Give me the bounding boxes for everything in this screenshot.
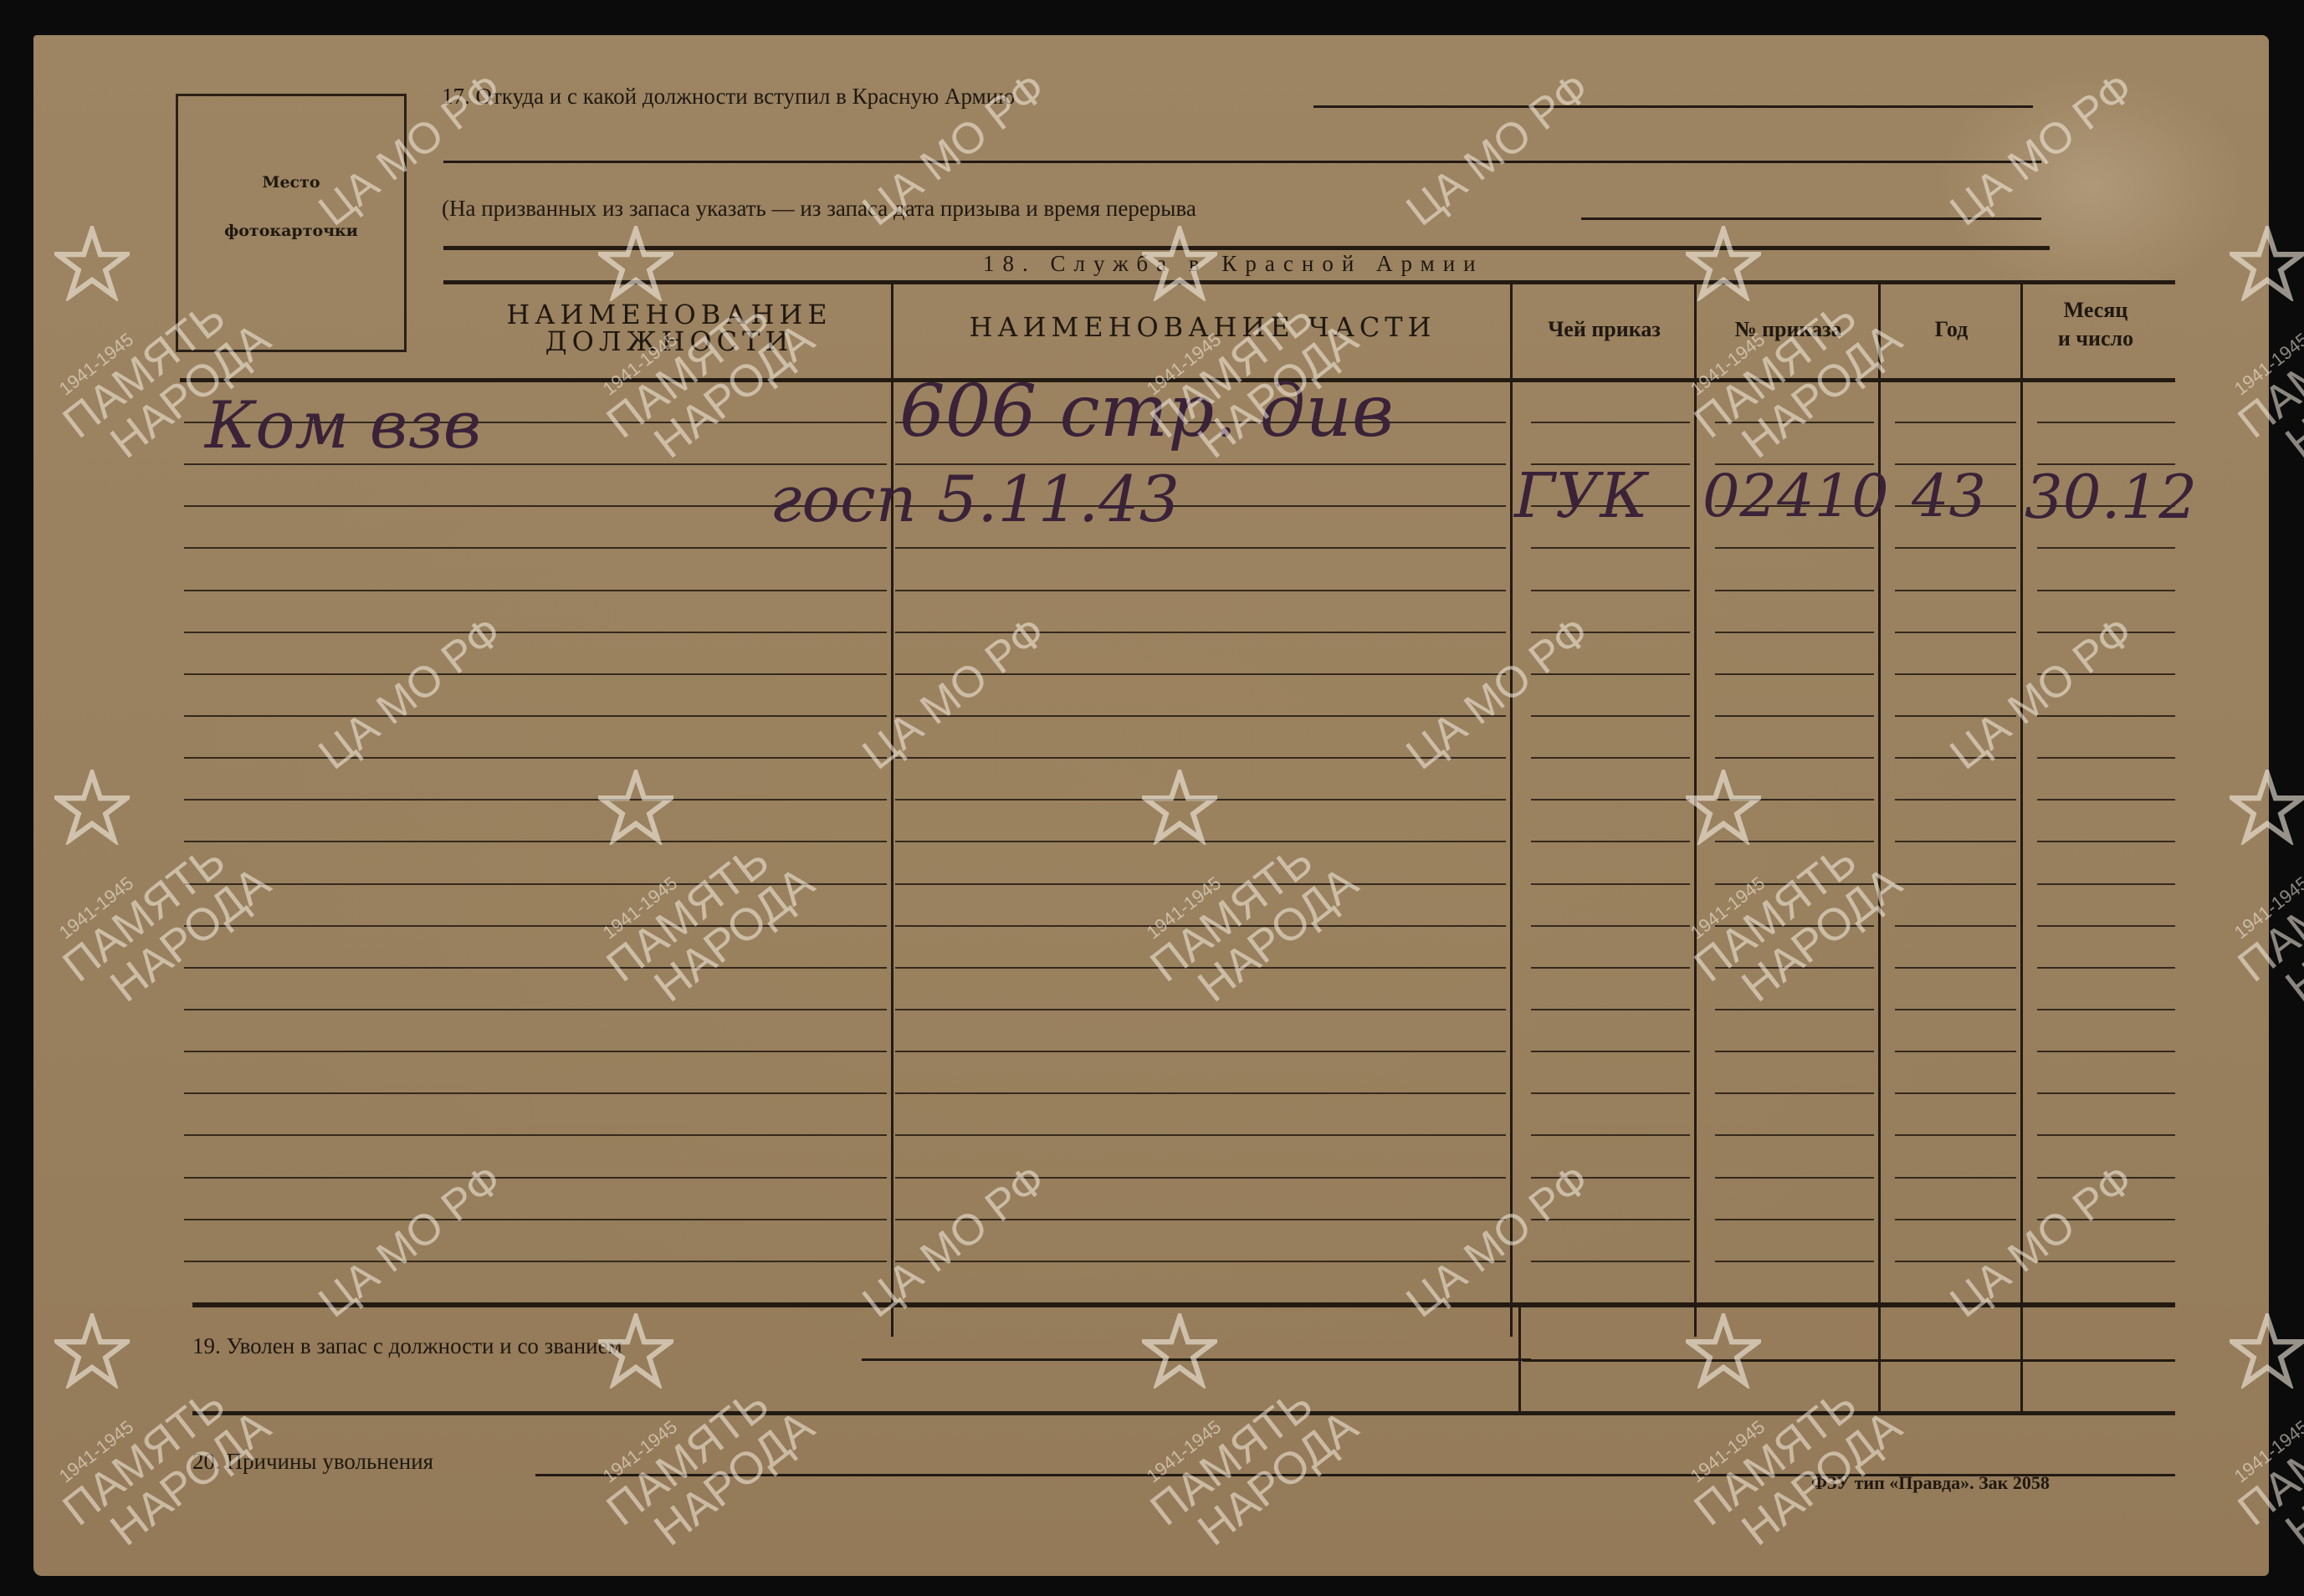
row-rule xyxy=(1715,1261,1874,1262)
row-rule xyxy=(2037,1261,2175,1262)
item17-note-label: (На призванных из запаса указать — из за… xyxy=(442,196,1196,222)
row-rule xyxy=(1895,799,2016,801)
row-rule xyxy=(1531,422,1690,423)
photo-label-line1: Место xyxy=(178,173,404,192)
row-rule xyxy=(2037,422,2175,423)
item17-note-answer-line xyxy=(1581,217,2041,220)
row-rule xyxy=(1715,841,1874,842)
row-rule xyxy=(895,547,1506,549)
column-header-position: НАИМЕНОВАНИЕ ДОЛЖНОСТИ xyxy=(452,301,887,355)
row-rule xyxy=(2037,547,2175,549)
column-divider-orderno-year xyxy=(1878,284,1881,1337)
row-rule xyxy=(1531,841,1690,842)
row-rule xyxy=(1715,1177,1874,1179)
row-rule xyxy=(1531,1261,1690,1262)
entry-year: 43 xyxy=(1912,462,1986,530)
row-rule xyxy=(895,757,1506,759)
row-rule xyxy=(2037,757,2175,759)
row-rule xyxy=(1531,632,1690,633)
item19-divider-1 xyxy=(1518,1307,1521,1412)
row-rule xyxy=(895,883,1506,885)
row-rule xyxy=(184,1177,887,1179)
row-rule xyxy=(895,1261,1506,1262)
personnel-record-card: Место фотокарточки 17. Откуда и с какой … xyxy=(33,35,2269,1576)
row-rule xyxy=(184,673,887,675)
row-rule xyxy=(1715,1092,1874,1094)
row-rule xyxy=(1715,967,1874,969)
item19-right-line xyxy=(1523,1359,2175,1362)
row-rule xyxy=(1895,715,2016,717)
row-rule xyxy=(184,1092,887,1094)
row-rule xyxy=(895,1134,1506,1136)
row-rule xyxy=(184,1051,887,1052)
row-rule xyxy=(1715,757,1874,759)
row-rule xyxy=(1715,715,1874,717)
row-rule xyxy=(1715,1134,1874,1136)
row-rule xyxy=(1895,1261,2016,1262)
row-rule xyxy=(1895,632,2016,633)
row-rule xyxy=(1715,799,1874,801)
photo-label-line2: фотокарточки xyxy=(178,222,404,240)
row-rule xyxy=(184,1261,887,1262)
row-rule xyxy=(2037,1177,2175,1179)
item17-second-line xyxy=(443,161,2041,163)
row-rule xyxy=(2037,967,2175,969)
row-rule xyxy=(1895,841,2016,842)
row-rule xyxy=(1531,673,1690,675)
row-rule xyxy=(1531,967,1690,969)
item19-label: 19. Уволен в запас с должности и со зван… xyxy=(192,1333,622,1359)
row-rule xyxy=(895,1051,1506,1052)
column-header-unit: НАИМЕНОВАНИЕ ЧАСТИ xyxy=(895,314,1510,340)
row-rule xyxy=(1715,673,1874,675)
row-rule xyxy=(2037,673,2175,675)
row-rule xyxy=(1895,547,2016,549)
row-rule xyxy=(2037,883,2175,885)
row-rule xyxy=(1715,1219,1874,1220)
column-header-order-by: Чей приказ xyxy=(1514,315,1694,344)
entry-order-by: ГУК xyxy=(1514,460,1648,532)
row-rule xyxy=(1531,1092,1690,1094)
row-rule xyxy=(2037,1219,2175,1220)
row-rule xyxy=(1715,547,1874,549)
row-rule xyxy=(184,841,887,842)
row-rule xyxy=(1531,1219,1690,1220)
entry-unit-line1: 606 стр. див xyxy=(899,370,1394,453)
row-rule xyxy=(1895,1009,2016,1010)
row-rule xyxy=(2037,1134,2175,1136)
row-rule xyxy=(1531,883,1690,885)
row-rule xyxy=(1715,1009,1874,1010)
row-rule xyxy=(895,632,1506,633)
row-rule xyxy=(1895,1051,2016,1052)
row-rule xyxy=(2037,715,2175,717)
entry-order-number: 02410 xyxy=(1702,462,1889,530)
row-rule xyxy=(1715,883,1874,885)
row-rule xyxy=(184,925,887,927)
photo-placeholder-box: Место фотокарточки xyxy=(176,94,407,352)
row-rule xyxy=(895,1092,1506,1094)
row-rule xyxy=(1531,547,1690,549)
item17-label: 17. Откуда и с какой должности вступил в… xyxy=(442,84,1015,110)
row-rule xyxy=(1531,715,1690,717)
item17-answer-field xyxy=(1313,77,2033,107)
row-rule xyxy=(1531,757,1690,759)
item19-bottom-rule xyxy=(192,1411,2175,1415)
row-rule xyxy=(1531,1051,1690,1052)
row-rule xyxy=(2037,925,2175,927)
row-rule xyxy=(184,590,887,591)
row-rule xyxy=(895,673,1506,675)
row-rule xyxy=(184,632,887,633)
row-rule xyxy=(1895,590,2016,591)
row-rule xyxy=(895,925,1506,927)
row-rule xyxy=(1895,1177,2016,1179)
row-rule xyxy=(1531,925,1690,927)
row-rule xyxy=(895,1177,1506,1179)
row-rule xyxy=(895,1219,1506,1220)
row-rule xyxy=(1895,883,2016,885)
row-rule xyxy=(2037,1009,2175,1010)
column-header-order-number: № приказа xyxy=(1698,315,1878,344)
row-rule xyxy=(2037,590,2175,591)
item19-answer-line xyxy=(862,1358,1531,1361)
row-rule xyxy=(1531,1009,1690,1010)
row-rule xyxy=(184,1219,887,1220)
row-rule xyxy=(184,1009,887,1010)
row-rule xyxy=(1531,799,1690,801)
row-rule xyxy=(184,967,887,969)
row-rule xyxy=(2037,799,2175,801)
row-rule xyxy=(1715,590,1874,591)
row-rule xyxy=(895,967,1506,969)
row-rule xyxy=(184,715,887,717)
row-rule xyxy=(1895,1134,2016,1136)
item19-answer-field xyxy=(862,1328,1531,1358)
column-divider-position-unit xyxy=(891,284,893,1337)
item20-label: 20. Причины увольнения xyxy=(192,1449,433,1475)
row-rule xyxy=(1895,422,2016,423)
row-rule xyxy=(1715,1051,1874,1052)
row-rule xyxy=(895,590,1506,591)
row-rule xyxy=(2037,1092,2175,1094)
entry-unit-line2: госп 5.11.43 xyxy=(770,462,1180,536)
entry-month-day: 30.12 xyxy=(2025,462,2197,532)
row-rule xyxy=(895,1009,1506,1010)
row-rule xyxy=(1531,1134,1690,1136)
item20-answer-field xyxy=(535,1444,2175,1474)
column-header-month-day: Месяц и число xyxy=(2025,296,2167,353)
item18-title: 18. Служба в Красной Армии xyxy=(983,251,1484,277)
row-rule xyxy=(184,883,887,885)
item17-note-bottom-line xyxy=(443,246,2050,250)
row-rule xyxy=(1895,925,2016,927)
row-rule xyxy=(1715,632,1874,633)
entry-position: Ком взв xyxy=(205,388,481,463)
row-rule xyxy=(184,799,887,801)
printer-mark: ФЗУ тип «Правда». Зак 2058 xyxy=(1811,1472,2050,1494)
column-divider-orderby-orderno xyxy=(1694,284,1697,1337)
row-rule xyxy=(1895,1219,2016,1220)
row-rule xyxy=(184,547,887,549)
row-rule xyxy=(895,841,1506,842)
row-rule xyxy=(184,1134,887,1136)
row-rule xyxy=(1531,1177,1690,1179)
row-rule xyxy=(1715,925,1874,927)
row-rule xyxy=(895,715,1506,717)
row-rule xyxy=(184,757,887,759)
row-rule xyxy=(1895,967,2016,969)
row-rule xyxy=(2037,841,2175,842)
row-rule xyxy=(1895,757,2016,759)
row-rule xyxy=(1895,1092,2016,1094)
column-divider-unit-orderby xyxy=(1510,284,1513,1337)
row-rule xyxy=(2037,632,2175,633)
row-rule xyxy=(1715,422,1874,423)
row-rule xyxy=(2037,1051,2175,1052)
row-rule xyxy=(1531,590,1690,591)
row-rule xyxy=(895,799,1506,801)
column-header-year: Год xyxy=(1882,315,2020,344)
table-top-rule xyxy=(443,280,2175,284)
row-rule xyxy=(1895,673,2016,675)
column-divider-year-monthday xyxy=(2020,284,2023,1337)
